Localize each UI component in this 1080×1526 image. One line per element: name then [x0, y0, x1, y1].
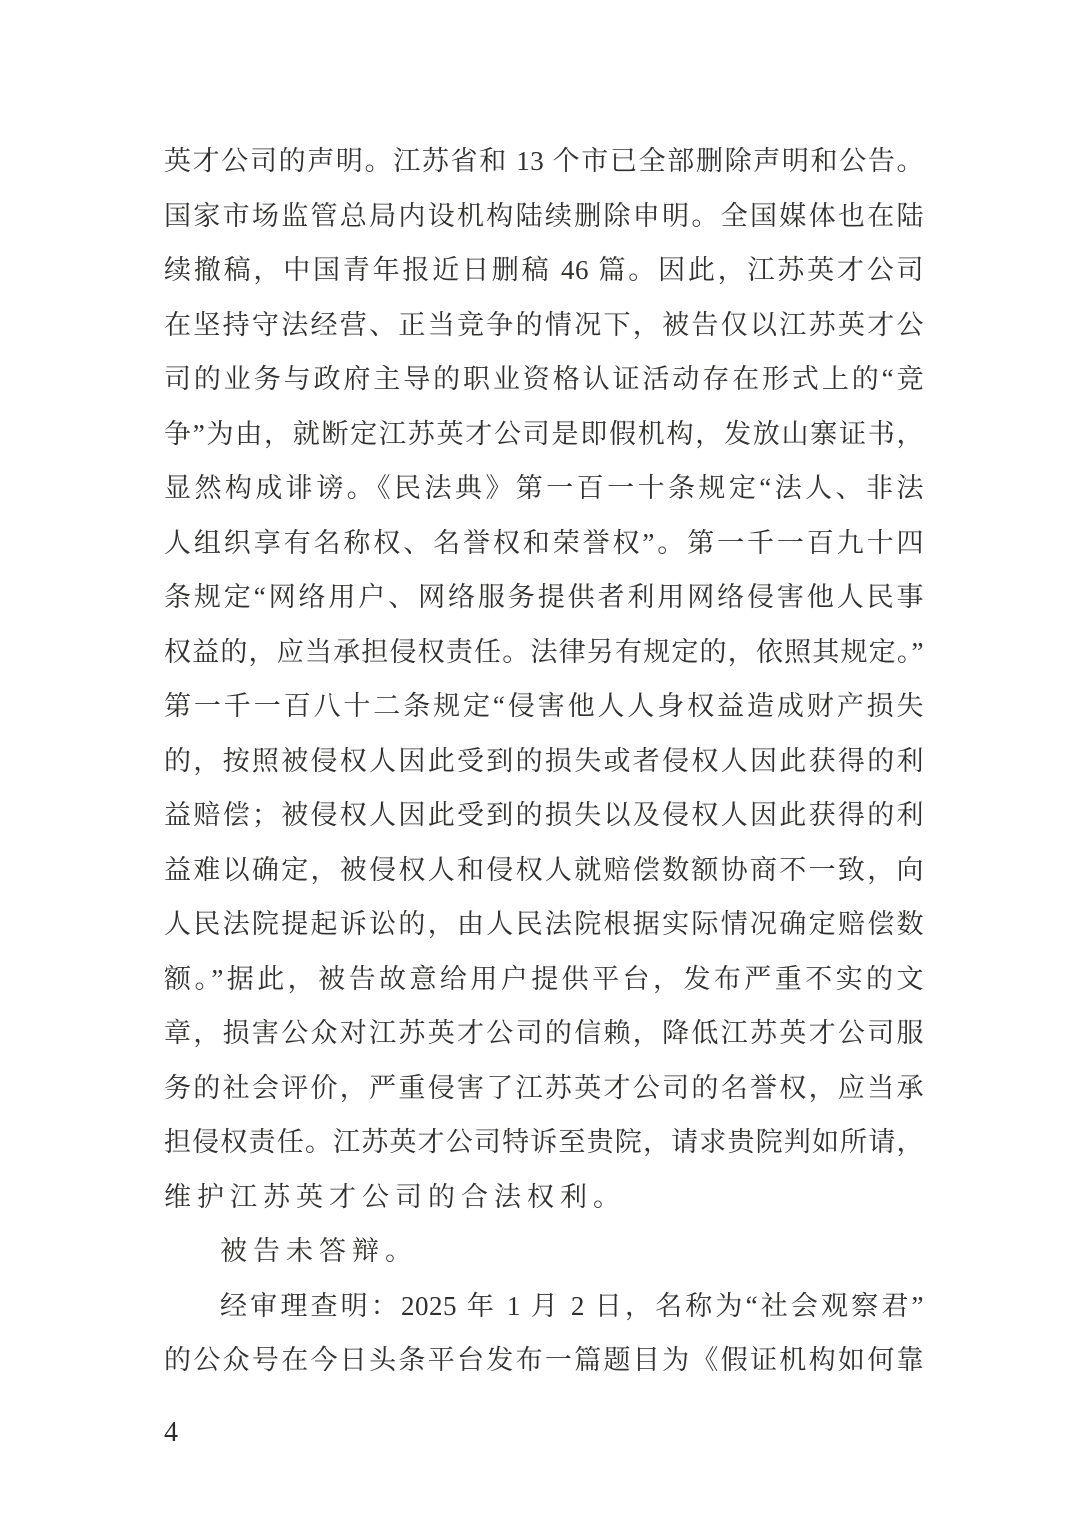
text-line: 显然构成诽谤。《民法典》第一百一十条规定“法人、非法 [164, 461, 924, 516]
text-line: 的，按照被侵权人因此受到的损失或者侵权人因此获得的利 [164, 734, 924, 789]
text-line: 的公众号在今日头条平台发布一篇题目为《假证机构如何靠 [164, 1333, 924, 1388]
text-line: 务的社会评价，严重侵害了江苏英才公司的名誉权，应当承 [164, 1061, 924, 1116]
text-line-paragraph: 被告未答辩。 [164, 1224, 924, 1279]
text-line: 续撤稿，中国青年报近日删稿 46 篇。因此，江苏英才公司 [164, 243, 924, 298]
text-line: 争”为由，就断定江苏英才公司是即假机构，发放山寨证书， [164, 407, 924, 462]
text-line: 担侵权责任。江苏英才公司特诉至贵院，请求贵院判如所请， [164, 1115, 924, 1170]
text-line: 章，损害公众对江苏英才公司的信赖，降低江苏英才公司服 [164, 1006, 924, 1061]
text-line: 益赔偿；被侵权人因此受到的损失以及侵权人因此获得的利 [164, 788, 924, 843]
text-line: 人组织享有名称权、名誉权和荣誉权”。第一千一百九十四 [164, 516, 924, 571]
text-line: 在坚持守法经营、正当竞争的情况下，被告仅以江苏英才公 [164, 298, 924, 353]
text-line-paragraph-end: 维护江苏英才公司的合法权利。 [164, 1170, 924, 1225]
page-number: 4 [164, 1406, 178, 1460]
text-line: 权益的，应当承担侵权责任。法律另有规定的，依照其规定。” [164, 625, 924, 680]
text-line: 第一千一百八十二条规定“侵害他人人身权益造成财产损失 [164, 679, 924, 734]
text-line: 条规定“网络用户、网络服务提供者利用网络侵害他人民事 [164, 570, 924, 625]
text-line: 人民法院提起诉讼的，由人民法院根据实际情况确定赔偿数 [164, 897, 924, 952]
document-page: 英才公司的声明。江苏省和 13 个市已全部删除声明和公告。 国家市场监管总局内设… [0, 0, 1080, 1526]
text-line: 司的业务与政府主导的职业资格认证活动存在形式上的“竞 [164, 352, 924, 407]
text-line: 额。”据此，被告故意给用户提供平台，发布严重不实的文 [164, 952, 924, 1007]
text-line-paragraph-start: 经审理查明：2025 年 1 月 2 日，名称为“社会观察君” [164, 1279, 924, 1334]
text-line: 益难以确定，被侵权人和侵权人就赔偿数额协商不一致，向 [164, 843, 924, 898]
judgment-text-block: 英才公司的声明。江苏省和 13 个市已全部删除声明和公告。 国家市场监管总局内设… [164, 134, 924, 1388]
text-line: 英才公司的声明。江苏省和 13 个市已全部删除声明和公告。 [164, 134, 924, 189]
text-line: 国家市场监管总局内设机构陆续删除申明。全国媒体也在陆 [164, 189, 924, 244]
